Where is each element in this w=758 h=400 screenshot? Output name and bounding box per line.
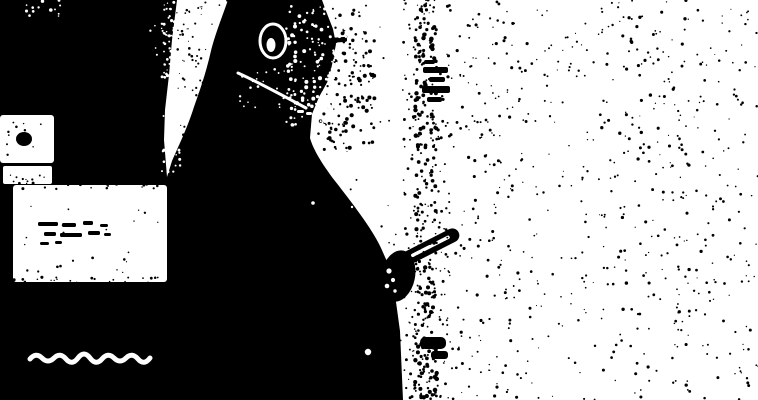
paper-text-dash [88,231,100,235]
wall-sign-blob [16,132,32,146]
paper-text-dash [55,241,62,244]
wall-noise-band-1 [447,1,533,400]
wall-noise-band-2 [531,10,600,400]
wall-noise-band-4 [704,10,758,400]
global-sparse-noise [350,1,758,400]
finger-highlight [385,284,390,289]
paper-text-dash [44,232,56,236]
paper-text-dash [40,242,49,245]
collar-dash [297,110,304,113]
paper-text-dash [100,224,108,227]
collar-dash [342,112,348,115]
coat-highlight-dot [365,349,371,355]
binarized-photo [0,0,758,400]
finger-highlight [393,289,396,292]
paper-text-dash [104,233,111,236]
coat-highlight-dot [351,206,353,208]
finger-highlight [391,278,395,282]
ear-inner-mark [267,38,276,52]
wall-noise-band-3 [599,0,706,399]
photo-canvas [0,0,758,400]
door-plate-mark [424,60,435,64]
finger-highlight [386,268,391,273]
paper-text-dash [38,222,58,226]
collar-dash [306,112,312,115]
coat-highlight-dot [311,201,315,205]
paper-text-dash [83,221,93,225]
paper-text-dash [62,223,76,227]
person-silhouette [167,0,403,400]
